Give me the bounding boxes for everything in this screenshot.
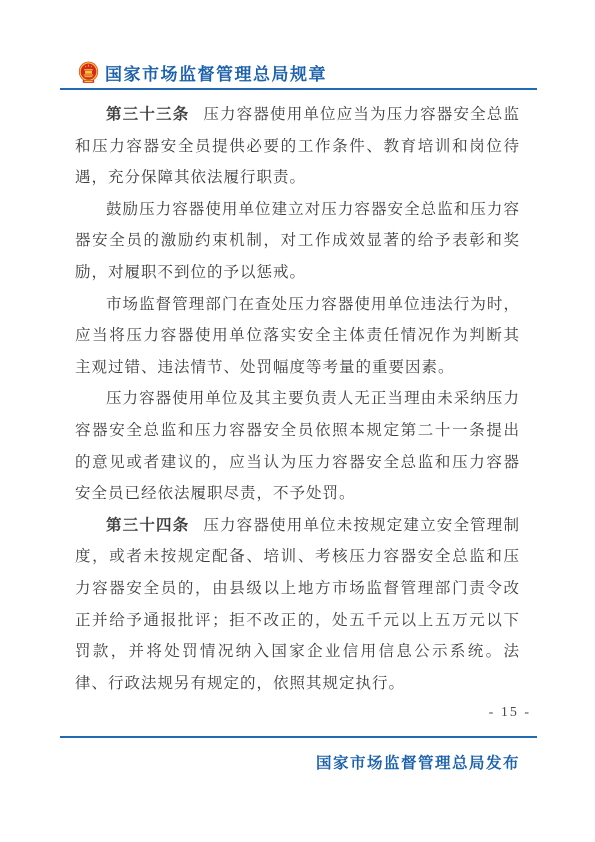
- article-34-text: 压力容器使用单位未按规定建立安全管理制度，或者未按规定配备、培训、考核压力容器安…: [75, 517, 520, 692]
- china-national-emblem-icon: [78, 61, 99, 84]
- footer-divider: [60, 736, 537, 738]
- paragraph-incentive-text: 鼓励压力容器使用单位建立对压力容器安全总监和压力容器安全员的激励约束机制，对工作…: [75, 201, 520, 281]
- paragraph-article-34: 第三十四条压力容器使用单位未按规定建立安全管理制度，或者未按规定配备、培训、考核…: [75, 510, 520, 700]
- page-number: - 15 -: [489, 705, 531, 721]
- paragraph-article-33: 第三十三条压力容器使用单位应当为压力容器安全总监和压力容器安全员提供必要的工作条…: [75, 99, 520, 194]
- paragraph-incentive: 鼓励压力容器使用单位建立对压力容器安全总监和压力容器安全员的激励约束机制，对工作…: [75, 194, 520, 289]
- document-body: 第三十三条压力容器使用单位应当为压力容器安全总监和压力容器安全员提供必要的工作条…: [75, 99, 520, 699]
- paragraph-enforcement-text: 市场监督管理部门在查处压力容器使用单位违法行为时，应当将压力容器使用单位落实安全…: [75, 296, 520, 376]
- page-header: 国家市场监督管理总局规章: [78, 60, 537, 85]
- header-divider: [60, 88, 537, 90]
- footer-publisher: 国家市场监督管理总局发布: [316, 751, 520, 773]
- paragraph-enforcement: 市场监督管理部门在查处压力容器使用单位违法行为时，应当将压力容器使用单位落实安全…: [75, 289, 520, 384]
- article-33-number: 第三十三条: [106, 106, 189, 123]
- paragraph-exemption: 压力容器使用单位及其主要负责人无正当理由未采纳压力容器安全总监和压力容器安全员依…: [75, 383, 520, 509]
- article-34-number: 第三十四条: [106, 517, 189, 534]
- paragraph-exemption-text: 压力容器使用单位及其主要负责人无正当理由未采纳压力容器安全总监和压力容器安全员依…: [75, 390, 520, 502]
- document-page: 国家市场监督管理总局规章 第三十三条压力容器使用单位应当为压力容器安全总监和压力…: [0, 0, 595, 842]
- header-title: 国家市场监督管理总局规章: [105, 60, 327, 85]
